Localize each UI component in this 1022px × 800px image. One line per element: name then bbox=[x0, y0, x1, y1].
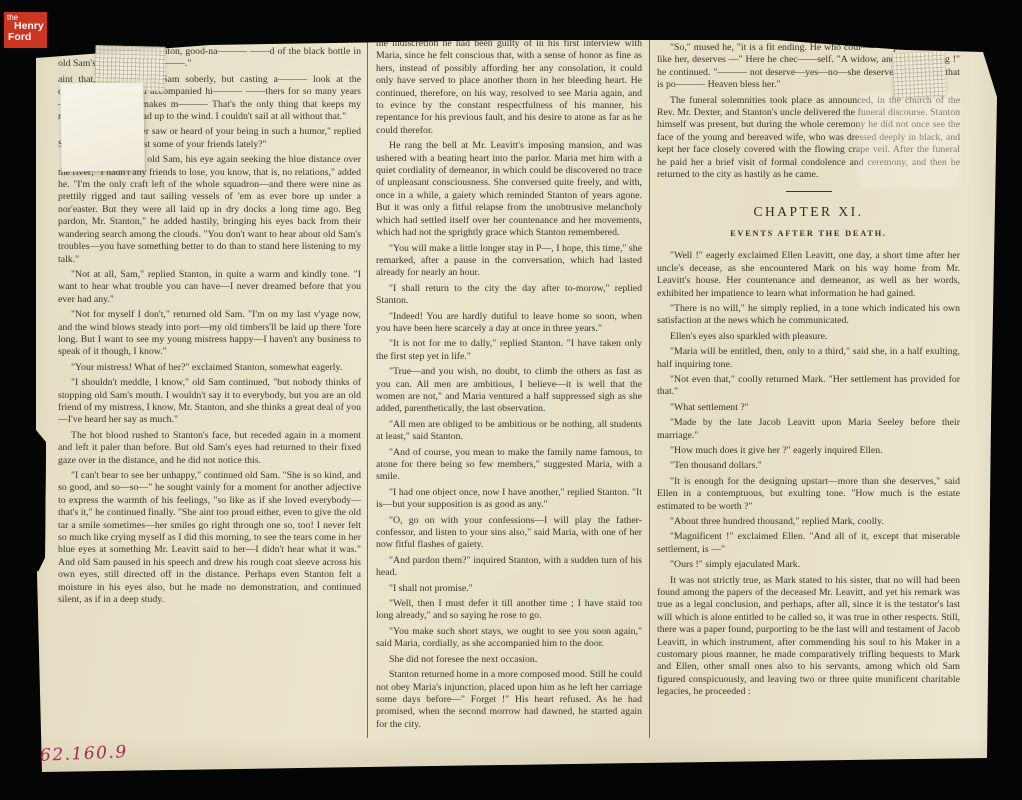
logo-text-ford: Ford bbox=[8, 32, 47, 42]
paragraph: "True—and you wish, no doubt, to climb t… bbox=[376, 366, 642, 416]
paragraph: "Indeed! You are hardly dutiful to leave… bbox=[376, 311, 642, 336]
henry-ford-logo: the Henry Ford bbox=[4, 12, 47, 48]
paper-edge-tear bbox=[36, 430, 46, 572]
catalog-number: 62.160.9 bbox=[40, 742, 128, 766]
chapter-title: CHAPTER XI. bbox=[657, 206, 960, 218]
paragraph: "Your mistress! What of her?" exclaimed … bbox=[58, 362, 361, 374]
paragraph: It was not strictly true, as Mark stated… bbox=[657, 575, 960, 699]
paragraph: "About three hundred thousand," replied … bbox=[657, 516, 960, 528]
paragraph: "I had one object once, now I have anoth… bbox=[376, 487, 642, 512]
paragraph: "Maria will be entitled, then, only to a… bbox=[657, 346, 960, 371]
paragraph: "All men are obliged to be ambitious or … bbox=[376, 419, 642, 444]
paragraph: "There is no will," he simply replied, i… bbox=[657, 303, 960, 328]
column-divider-2 bbox=[649, 38, 650, 738]
paragraph: "And pardon them?" inquired Stanton, wit… bbox=[376, 555, 642, 580]
text-column-middle: the indiscretion he had been guilty of i… bbox=[376, 38, 642, 734]
text-column-right: "So," mused he, "it is a fit ending. He … bbox=[657, 42, 960, 702]
paragraph: "Why, Sam, I never saw or heard of your … bbox=[58, 126, 361, 151]
paragraph: "Not even that," coolly returned Mark. "… bbox=[657, 374, 960, 399]
paragraph: "Not for myself I don't," returned old S… bbox=[58, 309, 361, 359]
paragraph: "No, no," returned old Sam, his eye agai… bbox=[58, 154, 361, 266]
paragraph: "O, go on with your confessions—I will p… bbox=[376, 515, 642, 552]
paragraph: "So," mused he, "it is a fit ending. He … bbox=[657, 42, 960, 92]
text-column-left: — much of that," said Stanton, good-na——… bbox=[58, 46, 361, 609]
paragraph: the indiscretion he had been guilty of i… bbox=[376, 38, 642, 137]
section-rule bbox=[786, 191, 832, 192]
chapter-subtitle: EVENTS AFTER THE DEATH. bbox=[657, 228, 960, 240]
paragraph: Ellen's eyes also sparkled with pleasure… bbox=[657, 331, 960, 343]
paragraph: "Magnificent !" exclaimed Ellen. "And al… bbox=[657, 531, 960, 556]
paragraph: "I shall return to the city the day afte… bbox=[376, 283, 642, 308]
paragraph: "It is not for me to dally," replied Sta… bbox=[376, 338, 642, 363]
paragraph: Stanton returned home in a more composed… bbox=[376, 669, 642, 731]
paragraph: He rang the bell at Mr. Leavitt's imposi… bbox=[376, 140, 642, 239]
column-divider-1 bbox=[367, 38, 368, 738]
paragraph: "You make such short stays, we ought to … bbox=[376, 626, 642, 651]
paragraph: — much of that," said Stanton, good-na——… bbox=[58, 46, 361, 71]
paragraph: "I shouldn't meddle, I know," old Sam co… bbox=[58, 377, 361, 427]
paragraph: "Ours !" simply ejaculated Mark. bbox=[657, 559, 960, 571]
chapter-heading: CHAPTER XI.EVENTS AFTER THE DEATH. bbox=[657, 191, 960, 240]
paragraph: "Well !" eagerly exclaimed Ellen Leavitt… bbox=[657, 250, 960, 300]
paragraph: "I shall not promise." bbox=[376, 583, 642, 595]
photo-backdrop: — much of that," said Stanton, good-na——… bbox=[0, 0, 1022, 800]
paragraph: The hot blood rushed to Stanton's face, … bbox=[58, 430, 361, 467]
scanned-page: — much of that," said Stanton, good-na——… bbox=[0, 0, 1022, 800]
paragraph: "Well, then I must defer it till another… bbox=[376, 598, 642, 623]
paragraph: She did not foresee the next occasion. bbox=[376, 654, 642, 666]
paragraph: "What settlement ?" bbox=[657, 402, 960, 414]
paragraph: "And of course, you mean to make the fam… bbox=[376, 447, 642, 484]
paragraph: "You will make a little longer stay in P… bbox=[376, 243, 642, 280]
paragraph: aint that," returned old Sam soberly, bu… bbox=[58, 74, 361, 124]
paragraph: "How much does it give her ?" eagerly in… bbox=[657, 445, 960, 457]
paragraph: The funeral solemnities took place as an… bbox=[657, 95, 960, 182]
paragraph: "Not at all, Sam," replied Stanton, in q… bbox=[58, 269, 361, 306]
paragraph: "Made by the late Jacob Leavitt upon Mar… bbox=[657, 417, 960, 442]
paragraph: "Ten thousand dollars." bbox=[657, 460, 960, 472]
paragraph: "I can't bear to see her unhappy," conti… bbox=[58, 470, 361, 606]
paragraph: "It is enough for the designing upstart—… bbox=[657, 476, 960, 513]
